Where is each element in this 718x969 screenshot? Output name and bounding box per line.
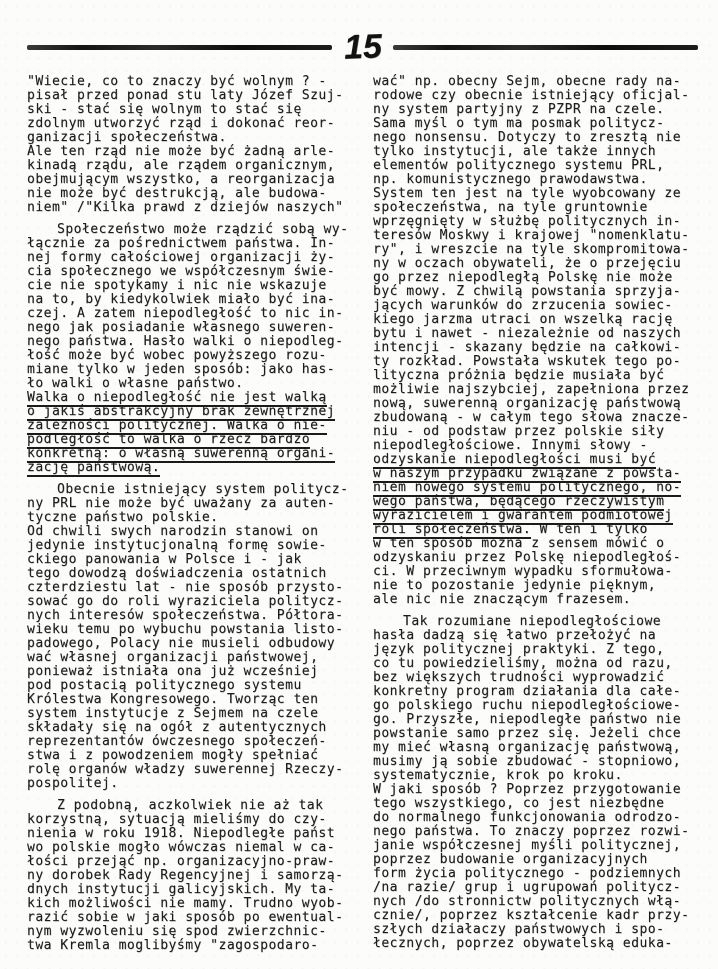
underlined-text: zację państwową. (27, 460, 160, 477)
text-segment: Od chwili swych narodzin stanowi on (27, 524, 318, 539)
text-line: ny dorobek Rady Regencyjnej i samorzą- (27, 869, 364, 883)
text-line: ty rozkład. Powstała wskutek tego po- (373, 355, 704, 369)
text-segment: powstanie samo przez się. Jeżeli chce (373, 726, 681, 741)
text-line: kinadą rządu, ale rządem organicznym, (27, 159, 364, 173)
text-line: ckiego panowania w Polsce i - jak (27, 553, 364, 567)
text-line: pod postacią politycznego systemu (27, 679, 364, 693)
text-line: wieku temu po wybuchu powstania listo- (27, 623, 364, 637)
text-line: konkretną: o własną suwerenną organi- (27, 447, 364, 461)
text-segment: bez większych trudności wyprowadzić (373, 670, 664, 685)
text-line: razić sobie w jaki sposób po ewentual- (27, 911, 364, 925)
text-line: zależności politycznej. Walka o nie- (27, 419, 364, 433)
text-segment: ny system partyjny z PZPR na czele. (373, 102, 664, 117)
text-segment: język politycznej praktyki. Z tego, (373, 642, 664, 657)
text-line: hasła dadzą się łatwo przełożyć na (373, 629, 704, 643)
text-segment: wać" np. obecny Sejm, obecne rady na- (373, 74, 681, 89)
text-line: twa Kremla moglibyśmy "zagospodaro- (27, 939, 364, 953)
text-segment: Z podobną, aczkolwiek nie aż tak (57, 798, 323, 813)
text-line: System ten jest na tyle wyobcowany ze (373, 187, 704, 201)
text-line: odzyskanie niepodległości musi być (373, 453, 704, 467)
text-segment: nej formy całościowej organizacji ży- (27, 250, 335, 265)
text-line: tego wszystkiego, co jest niezbędne (373, 797, 704, 811)
text-segment: co tu powiedzieliśmy, można od razu, (373, 656, 673, 671)
text-line: co tu powiedzieliśmy, można od razu, (373, 657, 704, 671)
text-line: nego jak posiadanie własnego suweren- (27, 321, 364, 335)
text-line: stwa i z powodzeniem mogły spełniać (27, 749, 364, 763)
text-segment: kinadą rządu, ale rządem organicznym, (27, 158, 335, 173)
text-segment: nie to pozostanie jedynie pięknym, (373, 578, 656, 593)
text-line: ny w oczach obywateli, że o przejęciu (373, 257, 704, 271)
text-line: Tak rozumiane niepodległościowe (373, 615, 704, 629)
text-line: Sama myśl o tym ma posmak politycz- (373, 117, 704, 131)
text-line: wego państwa, będącego rzeczywistym (373, 495, 704, 509)
page-header: 15 (27, 25, 698, 69)
text-segment: sować go do roli wyraziciela politycz- (27, 594, 343, 609)
text-line: cznie/, poprzez kształcenie kadr przy- (373, 909, 704, 923)
text-segment: ci. W przeciwnym wypadku sformułowa- (373, 564, 673, 579)
text-line: tego dowodzą doświadczenia ostatnich (27, 567, 364, 581)
text-line: Obecnie istniejący system politycz- (27, 483, 364, 497)
text-line: w ten sposób można z sensem mówić o (373, 537, 704, 551)
text-segment: cia społecznego we współczesnym świe- (27, 264, 335, 279)
text-segment: wieku temu po wybuchu powstania listo- (27, 622, 343, 637)
text-line: społeczeństwa, na tyle gruntownie (373, 201, 704, 215)
text-line: łecznych, poprzez obywatelską eduka- (373, 937, 704, 951)
page-number: 15 (343, 29, 382, 64)
text-segment: nych /do stronnictw politycznych włą- (373, 894, 681, 909)
header-rule-right (393, 45, 698, 50)
text-line: łości przejąć np. organizacyjno-praw- (27, 855, 364, 869)
text-segment: tego dowodzą doświadczenia ostatnich (27, 566, 327, 581)
text-segment: niu - od podstaw przez polskie siły (373, 424, 664, 439)
text-segment: system instytucje z Sejmem na czele (27, 706, 318, 721)
text-segment: intencji - skazany będzie na całkowi- (373, 340, 681, 355)
text-segment: Tak rozumiane niepodległościowe (403, 614, 661, 629)
text-segment: korzystną, sytuacją mieliśmy do czy- (27, 812, 327, 827)
text-line: nego nonsensu. Dotyczy to zresztą nie (373, 131, 704, 145)
text-segment: System ten jest na tyle wyobcowany ze (373, 186, 681, 201)
text-line: w naszym przypadku związane z powsta- (373, 467, 704, 481)
text-line: Z podobną, aczkolwiek nie aż tak (27, 799, 364, 813)
text-line: nych /do stronnictw politycznych włą- (373, 895, 704, 909)
text-line: ny system partyjny z PZPR na czele. (373, 103, 704, 117)
text-segment: szłych działaczy państwowych i spo- (373, 922, 664, 937)
text-line: na to, by kiedykolwiek miało być ina- (27, 293, 364, 307)
text-segment: wo polskie mogło wówczas niemal w ca- (27, 840, 335, 855)
text-segment: jących warunków do zrzucenia sowiec- (373, 298, 673, 313)
text-line: W jaki sposób ? Poprzez przygotowanie (373, 783, 704, 797)
text-segment: nego państwa. To znaczy poprzez rozwi- (373, 824, 689, 839)
text-line: roli społeczeństwa. W ten i tylko (373, 523, 704, 537)
text-line: obejmującym wszystko, a reorganizacja (27, 173, 364, 187)
text-segment: ny w oczach obywateli, że o przejęciu (373, 256, 681, 271)
text-line: niepodległościowe. Innymi słowy - (373, 439, 704, 453)
text-line: kich możliwości nie mamy. Trudno wyob- (27, 897, 364, 911)
text-segment: Społeczeństwo może rządzić sobą wy- (57, 222, 348, 237)
text-segment: łości przejąć np. organizacyjno-praw- (27, 854, 335, 869)
text-line: jedynie instytucjonalną formę sowie- (27, 539, 364, 553)
text-line: konkretny program działania dla całe- (373, 685, 704, 699)
text-line: rolę organów władzy suwerennej Rzeczy- (27, 763, 364, 777)
text-segment: nego państwa. Hasło walki o niepodleg- (27, 334, 343, 349)
text-line: cia społecznego we współczesnym świe- (27, 265, 364, 279)
text-segment: janie współczesnej myśli politycznej, (373, 838, 681, 853)
text-segment: składały się na ogół z autentycznych (27, 720, 327, 735)
text-line: nie może być destrukcją, ale budowa- (27, 187, 364, 201)
text-line: zbudowaną - w całym tego słowa znacze- (373, 411, 704, 425)
text-segment: padowego, Polacy nie musieli odbudowy (27, 636, 335, 651)
text-line: czej. A zatem niepodległość to nic in- (27, 307, 364, 321)
text-segment: systematycznie, krok po kroku. (373, 768, 623, 783)
text-line: nym wyzwoleniu się spod zwierzchnic- (27, 925, 364, 939)
text-segment: ponieważ istniała ona już wcześniej (27, 664, 318, 679)
text-line: go polskiego ruchu niepodległościowe- (373, 699, 704, 713)
text-segment: elementów politycznego systemu PRL, (373, 158, 664, 173)
text-line: niem" /"Kilka prawd z dziejów naszych" (27, 201, 364, 215)
text-line: czterdziestu lat - nie sposób przysto- (27, 581, 364, 595)
text-line: nego państwa. Hasło walki o niepodleg- (27, 335, 364, 349)
text-segment: ski - stać się wolnym to stać się (27, 102, 302, 117)
text-segment: W jaki sposób ? Poprzez przygotowanie (373, 782, 681, 797)
text-segment: poprzez budowanie organizacyjnych (373, 852, 648, 867)
text-line: szłych działaczy państwowych i spo- (373, 923, 704, 937)
text-segment: bytu i nawet - niezależnie od naszych (373, 326, 681, 341)
text-line: kiego jarzma utraci on wszelką rację (373, 313, 704, 327)
paragraph: wać" np. obecny Sejm, obecne rady na-rod… (373, 75, 704, 607)
text-segment: rolę organów władzy suwerennej Rzeczy- (27, 762, 343, 777)
text-line: intencji - skazany będzie na całkowi- (373, 341, 704, 355)
text-line: Walka o niepodległość nie jest walką (27, 391, 364, 405)
text-line: zację państwową. (27, 461, 364, 475)
text-segment: nego nonsensu. Dotyczy to zresztą nie (373, 130, 681, 145)
header-rule-left (27, 45, 332, 50)
text-line: reprezentantów ówczesnego społeczeń- (27, 735, 364, 749)
text-line: wać" np. obecny Sejm, obecne rady na- (373, 75, 704, 89)
text-line: łość może być wobec powyższego rozu- (27, 349, 364, 363)
text-segment: go polskiego ruchu niepodległościowe- (373, 698, 681, 713)
text-segment: odzyskaniu przez Polskę niepodległoś- (373, 550, 681, 565)
text-segment: np. komunistycznego prawodawstwa. (373, 172, 648, 187)
text-segment: nego jak posiadanie własnego suweren- (27, 320, 335, 335)
text-segment: zdolnym utworzyć rząd i dokonać reor- (27, 116, 335, 131)
text-segment: łość może być wobec powyższego rozu- (27, 348, 327, 363)
text-line: do normalnego funkcjonowania odrodzo- (373, 811, 704, 825)
text-line: ło walki o własne państwo. (27, 377, 364, 391)
text-line: korzystną, sytuacją mieliśmy do czy- (27, 813, 364, 827)
text-segment: możliwie najszybciej, zapełniona przez (373, 382, 689, 397)
text-line: pisał przed ponad stu laty Józef Szuj- (27, 89, 364, 103)
text-line: Społeczeństwo może rządzić sobą wy- (27, 223, 364, 237)
text-line: zdolnym utworzyć rząd i dokonać reor- (27, 117, 364, 131)
text-segment: czterdziestu lat - nie sposób przysto- (27, 580, 343, 595)
text-segment: pod postacią politycznego systemu (27, 678, 302, 693)
text-line: podległość to walka o rzecz bardzo (27, 433, 364, 447)
text-line: niem nowego systemu politycznego, no- (373, 481, 704, 495)
text-line: nienia w roku 1918. Niepodległe państ (27, 827, 364, 841)
text-line: musimy ją sobie zbudować - stopniowo, (373, 755, 704, 769)
text-line: łącznie za pośrednictwem państwa. In- (27, 237, 364, 251)
text-line: miane tylko w jeden sposób: jako has- (27, 363, 364, 377)
text-segment: W ten i tylko (531, 522, 648, 537)
text-segment: Sama myśl o tym ma posmak politycz- (373, 116, 664, 131)
text-segment: miane tylko w jeden sposób: jako has- (27, 362, 335, 377)
text-segment: tego wszystkiego, co jest niezbędne (373, 796, 664, 811)
text-line: my mieć własną organizację państwową, (373, 741, 704, 755)
text-segment: wprzęgnięty w służbę politycznych in- (373, 214, 681, 229)
scanned-page: 15 "Wiecie, co to znaczy być wolnym ? -p… (0, 0, 718, 969)
text-segment: ny dorobek Rady Regencyjnej i samorzą- (27, 868, 343, 883)
text-line: Ale ten rząd nie może być żadną arle- (27, 145, 364, 159)
text-line: odzyskaniu przez Polskę niepodległoś- (373, 551, 704, 565)
text-line: możliwie najszybciej, zapełniona przez (373, 383, 704, 397)
text-line: elementów politycznego systemu PRL, (373, 159, 704, 173)
paragraph: Społeczeństwo może rządzić sobą wy-łączn… (27, 223, 364, 391)
text-columns: "Wiecie, co to znaczy być wolnym ? -pisa… (27, 75, 704, 953)
text-segment: musimy ją sobie zbudować - stopniowo, (373, 754, 681, 769)
text-segment: konkretny program działania dla całe- (373, 684, 681, 699)
text-line: powstanie samo przez się. Jeżeli chce (373, 727, 704, 741)
text-segment: być mowy. Z chwilą powstania sprzyja- (373, 284, 681, 299)
text-line: nego państwa. To znaczy poprzez rozwi- (373, 825, 704, 839)
text-segment: ganizacji społeczeństwa. (27, 130, 227, 145)
text-line: tylko instytucji, ale także innych (373, 145, 704, 159)
text-segment: reprezentantów ówczesnego społeczeń- (27, 734, 327, 749)
text-line: o jakiś abstrakcyjny brak zewnętrznej (27, 405, 364, 419)
paragraph: Obecnie istniejący system politycz-ny PR… (27, 483, 364, 791)
text-line: być mowy. Z chwilą powstania sprzyja- (373, 285, 704, 299)
text-segment: czej. A zatem niepodległość to nic in- (27, 306, 343, 321)
text-segment: kiego jarzma utraci on wszelką rację (373, 312, 673, 327)
text-line: wać własnej organizacji państwowej, (27, 651, 364, 665)
text-line: padowego, Polacy nie musieli odbudowy (27, 637, 364, 651)
text-line: nych interesów społeczeństwa. Półtora- (27, 609, 364, 623)
text-segment: twa Kremla moglibyśmy "zagospodaro- (27, 938, 318, 953)
text-line: poprzez budowanie organizacyjnych (373, 853, 704, 867)
text-line: Od chwili swych narodzin stanowi on (27, 525, 364, 539)
text-line: systematycznie, krok po kroku. (373, 769, 704, 783)
text-segment: łącznie za pośrednictwem państwa. In- (27, 236, 335, 251)
text-line: ganizacji społeczeństwa. (27, 131, 364, 145)
text-segment: obejmującym wszystko, a reorganizacja (27, 172, 335, 187)
text-segment: razić sobie w jaki sposób po ewentual- (27, 910, 343, 925)
text-segment: cznie/, poprzez kształcenie kadr przy- (373, 908, 689, 923)
text-line: język politycznej praktyki. Z tego, (373, 643, 704, 657)
text-line: cie nie spotykamy i nic nie wskazuje (27, 279, 364, 293)
text-line: ponieważ istniała ona już wcześniej (27, 665, 364, 679)
text-line: np. komunistycznego prawodawstwa. (373, 173, 704, 187)
text-segment: form życia politycznego - podziemnych (373, 866, 681, 881)
text-line: wyrazicielem i gwarantem podmiotowej (373, 509, 704, 523)
text-segment: go przez niepodległą Polskę nie może (373, 270, 673, 285)
text-segment: społeczeństwa, na tyle gruntownie (373, 200, 648, 215)
text-line: form życia politycznego - podziemnych (373, 867, 704, 881)
text-line: /na razie/ grup i ugrupowań politycz- (373, 881, 704, 895)
right-column: wać" np. obecny Sejm, obecne rady na-rod… (373, 75, 704, 953)
text-segment: pospolitej. (27, 776, 119, 791)
text-line: ale nic nie znaczącym frazesem. (373, 593, 704, 607)
text-segment: ry", i wreszcie na tyle skompromitowa- (373, 242, 689, 257)
text-segment: teresów Moskwy i krajowej "nomenklatu- (373, 228, 689, 243)
text-segment: ale nic nie znaczącym frazesem. (373, 592, 631, 607)
text-line: dnych instytucji galicyjskich. My ta- (27, 883, 364, 897)
text-line: tyczne państwo polskie. (27, 511, 364, 525)
text-segment: ny PRL nie może być uważany za auten- (27, 496, 335, 511)
text-segment: nienia w roku 1918. Niepodległe państ (27, 826, 335, 841)
text-segment: Królestwa Kongresowego. Tworząc ten (27, 692, 318, 707)
left-column: "Wiecie, co to znaczy być wolnym ? -pisa… (27, 75, 364, 953)
text-segment: łecznych, poprzez obywatelską eduka- (373, 936, 673, 951)
text-line: niu - od podstaw przez polskie siły (373, 425, 704, 439)
text-line: lityczna próżnia będzie musiała być (373, 369, 704, 383)
text-segment: my mieć własną organizację państwową, (373, 740, 681, 755)
text-line: nową, suwerenną organizację państwową (373, 397, 704, 411)
text-segment: niepodległościowe. Innymi słowy - (373, 438, 648, 453)
text-line: ny PRL nie może być uważany za auten- (27, 497, 364, 511)
text-segment: stwa i z powodzeniem mogły spełniać (27, 748, 318, 763)
text-line: Królestwa Kongresowego. Tworząc ten (27, 693, 364, 707)
text-line: "Wiecie, co to znaczy być wolnym ? - (27, 75, 364, 89)
text-segment: nową, suwerenną organizację państwową (373, 396, 681, 411)
text-segment: do normalnego funkcjonowania odrodzo- (373, 810, 681, 825)
text-segment: niem" /"Kilka prawd z dziejów naszych" (27, 200, 343, 215)
text-segment: ckiego panowania w Polsce i - jak (27, 552, 302, 567)
text-segment: nie może być destrukcją, ale budowa- (27, 186, 327, 201)
text-segment: pisał przed ponad stu laty Józef Szuj- (27, 88, 343, 103)
text-line: wo polskie mogło wówczas niemal w ca- (27, 841, 364, 855)
text-segment: tylko instytucji, ale także innych (373, 144, 656, 159)
text-line: ci. W przeciwnym wypadku sformułowa- (373, 565, 704, 579)
text-segment: ło walki o własne państwo. (27, 376, 244, 391)
text-segment: dnych instytucji galicyjskich. My ta- (27, 882, 335, 897)
text-line: janie współczesnej myśli politycznej, (373, 839, 704, 853)
text-segment: na to, by kiedykolwiek miało być ina- (27, 292, 335, 307)
text-line: nie to pozostanie jedynie pięknym, (373, 579, 704, 593)
text-segment: go. Przyszłe, niepodległe państwo nie (373, 712, 681, 727)
text-segment: rodowe czy obecnie istniejący oficjal- (373, 88, 689, 103)
text-line: ry", i wreszcie na tyle skompromitowa- (373, 243, 704, 257)
text-segment: hasła dadzą się łatwo przełożyć na (373, 628, 656, 643)
text-line: składały się na ogół z autentycznych (27, 721, 364, 735)
text-segment: jedynie instytucjonalną formę sowie- (27, 538, 327, 553)
paragraph: Walka o niepodległość nie jest walkąo ja… (27, 391, 364, 475)
text-line: ski - stać się wolnym to stać się (27, 103, 364, 117)
text-line: wprzęgnięty w służbę politycznych in- (373, 215, 704, 229)
text-segment: kich możliwości nie mamy. Trudno wyob- (27, 896, 343, 911)
text-line: nej formy całościowej organizacji ży- (27, 251, 364, 265)
text-segment: Obecnie istniejący system politycz- (57, 482, 348, 497)
text-line: rodowe czy obecnie istniejący oficjal- (373, 89, 704, 103)
text-segment: w ten sposób można z sensem mówić o (373, 536, 664, 551)
text-line: teresów Moskwy i krajowej "nomenklatu- (373, 229, 704, 243)
text-segment: cie nie spotykamy i nic nie wskazuje (27, 278, 327, 293)
text-line: bez większych trudności wyprowadzić (373, 671, 704, 685)
text-segment: lityczna próżnia będzie musiała być (373, 368, 664, 383)
paragraph: Z podobną, aczkolwiek nie aż takkorzystn… (27, 799, 364, 953)
text-line: system instytucje z Sejmem na czele (27, 707, 364, 721)
text-line: go. Przyszłe, niepodległe państwo nie (373, 713, 704, 727)
paragraph: Tak rozumiane niepodległościowehasła dad… (373, 615, 704, 951)
text-line: jących warunków do zrzucenia sowiec- (373, 299, 704, 313)
text-line: bytu i nawet - niezależnie od naszych (373, 327, 704, 341)
text-line: sować go do roli wyraziciela politycz- (27, 595, 364, 609)
text-segment: nych interesów społeczeństwa. Półtora- (27, 608, 343, 623)
text-segment: Ale ten rząd nie może być żadną arle- (27, 144, 335, 159)
text-line: pospolitej. (27, 777, 364, 791)
text-line: go przez niepodległą Polskę nie może (373, 271, 704, 285)
text-segment: zbudowaną - w całym tego słowa znacze- (373, 410, 689, 425)
text-segment: nym wyzwoleniu się spod zwierzchnic- (27, 924, 327, 939)
text-segment: "Wiecie, co to znaczy być wolnym ? - (27, 74, 327, 89)
text-segment: ty rozkład. Powstała wskutek tego po- (373, 354, 681, 369)
text-segment: /na razie/ grup i ugrupowań politycz- (373, 880, 681, 895)
text-segment: wać własnej organizacji państwowej, (27, 650, 318, 665)
text-segment: tyczne państwo polskie. (27, 510, 219, 525)
paragraph: "Wiecie, co to znaczy być wolnym ? -pisa… (27, 75, 364, 215)
